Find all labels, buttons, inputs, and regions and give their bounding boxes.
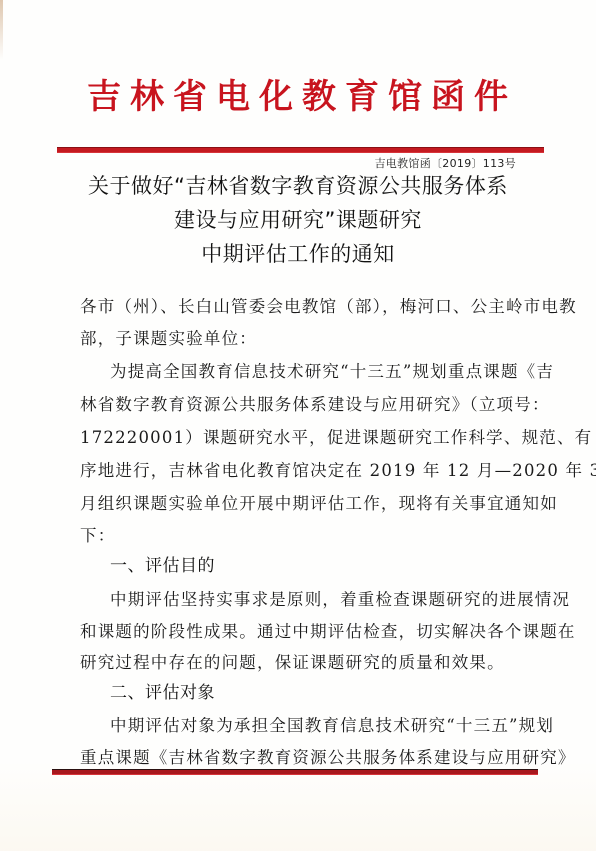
letterhead-title: 吉林省电化教育馆函件: [0, 76, 596, 118]
addressee-line-1: 各市（州）、长白山管委会电教馆（部），梅河口、公主岭市电教: [80, 296, 526, 318]
intro-line-2: 林省数字教育资源公共服务体系建设与应用研究》（立项号：: [80, 394, 526, 416]
document-page: 吉林省电化教育馆函件 吉电教馆函〔2019〕113号 关于做好“吉林省数字教育资…: [0, 0, 596, 851]
intro-line-3: 172220001）课题研究水平，促进课题研究工作科学、规范、有: [80, 427, 526, 449]
intro-line-1: 为提高全国教育信息技术研究“十三五”规划重点课题《吉: [110, 361, 526, 383]
section-2-line-2: 重点课题《吉林省数字教育资源公共服务体系建设与应用研究》: [80, 747, 526, 769]
section-1-line-1: 中期评估坚持实事求是原则，着重检查课题研究的进展情况: [110, 589, 526, 611]
section-1-line-3: 研究过程中存在的问题，保证课题研究的质量和效果。: [80, 652, 526, 674]
intro-line-5: 月组织课题实验单位开展中期评估工作，现将有关事宜通知如: [80, 493, 526, 515]
notice-title-line-3: 中期评估工作的通知: [0, 240, 596, 268]
section-2-line-1: 中期评估对象为承担全国教育信息技术研究“十三五”规划: [110, 715, 526, 737]
section-heading-purpose: 一、评估目的: [110, 555, 215, 577]
document-number: 吉电教馆函〔2019〕113号: [375, 155, 517, 171]
footer-red-rule: [52, 769, 538, 775]
section-heading-subject: 二、评估对象: [110, 682, 215, 704]
notice-title-line-2: 建设与应用研究”课题研究: [0, 206, 596, 234]
section-1-line-2: 和课题的阶段性成果。通过中期评估检查，切实解决各个课题在: [80, 621, 526, 643]
intro-line-4: 序地进行，吉林省电化教育馆决定在 2019 年 12 月—2020 年 3: [80, 460, 526, 482]
intro-line-6: 下：: [80, 525, 526, 547]
notice-title-line-1: 关于做好“吉林省数字教育资源公共服务体系: [0, 172, 596, 200]
letterhead-red-rule: [57, 147, 544, 153]
page-edge-shadow: [0, 0, 3, 60]
addressee-line-2: 部，子课题实验单位：: [80, 328, 526, 350]
